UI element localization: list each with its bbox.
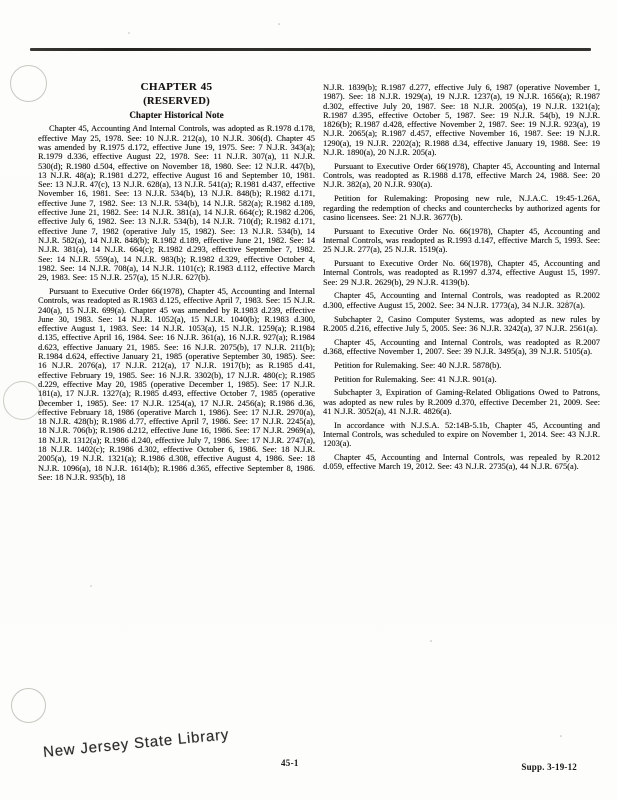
scan-speck: [560, 735, 562, 737]
historical-note-paragraph: Pursuant to Executive Order No. 66(1978)…: [323, 259, 600, 287]
historical-note-paragraph: Petition for Rulemaking. See: 41 N.J.R. …: [323, 375, 600, 384]
historical-note-paragraph: Petition for Rulemaking. See: 40 N.J.R. …: [323, 361, 600, 370]
historical-note-paragraph: N.J.R. 1839(b); R.1987 d.277, effective …: [323, 83, 600, 157]
historical-note-paragraph: Chapter 45, Accounting and Internal Cont…: [323, 453, 600, 472]
two-column-text-body: CHAPTER 45 (RESERVED) Chapter Historical…: [38, 83, 600, 487]
page-top-edge-line: [30, 48, 591, 51]
page-number: 45-1: [281, 758, 299, 768]
historical-note-paragraph: Subchapter 2, Casino Computer Systems, w…: [323, 315, 600, 334]
historical-note-paragraph: Pursuant to Executive Order 66(1978), Ch…: [323, 162, 600, 190]
library-ownership-stamp: New Jersey State Library: [42, 726, 230, 761]
punch-hole-bottom: [11, 688, 46, 723]
historical-note-paragraph: Chapter 45, Accounting and Internal Cont…: [323, 291, 600, 310]
historical-note-paragraph: In accordance with N.J.S.A. 52:14B-5.1b,…: [323, 421, 600, 449]
scanned-document-page: CHAPTER 45 (RESERVED) Chapter Historical…: [0, 0, 617, 800]
historical-note-title: Chapter Historical Note: [38, 111, 315, 120]
right-column: N.J.R. 1839(b); R.1987 d.277, effective …: [323, 83, 600, 487]
historical-note-paragraph: Pursuant to Executive Order No. 66(1978)…: [323, 227, 600, 255]
historical-note-paragraph: Petition for Rulemaking: Proposing new r…: [323, 194, 600, 222]
chapter-title: CHAPTER 45: [38, 83, 315, 92]
supplement-date-label: Supp. 3-19-12: [521, 762, 577, 772]
reserved-label: (RESERVED): [38, 97, 315, 106]
scan-speck: [430, 640, 432, 642]
historical-note-paragraph: Subchapter 3, Expiration of Gaming-Relat…: [323, 388, 600, 416]
left-column: CHAPTER 45 (RESERVED) Chapter Historical…: [38, 83, 315, 487]
historical-note-paragraph: Chapter 45, Accounting And Internal Cont…: [38, 124, 315, 282]
scan-speck: [278, 23, 280, 25]
punch-hole-middle: [3, 381, 42, 420]
scan-speck: [128, 32, 130, 34]
scan-speck: [90, 585, 92, 587]
historical-note-paragraph: Chapter 45, Accounting and Internal Cont…: [323, 338, 600, 357]
historical-note-paragraph: Pursuant to Executive Order 66(1978), Ch…: [38, 287, 315, 482]
